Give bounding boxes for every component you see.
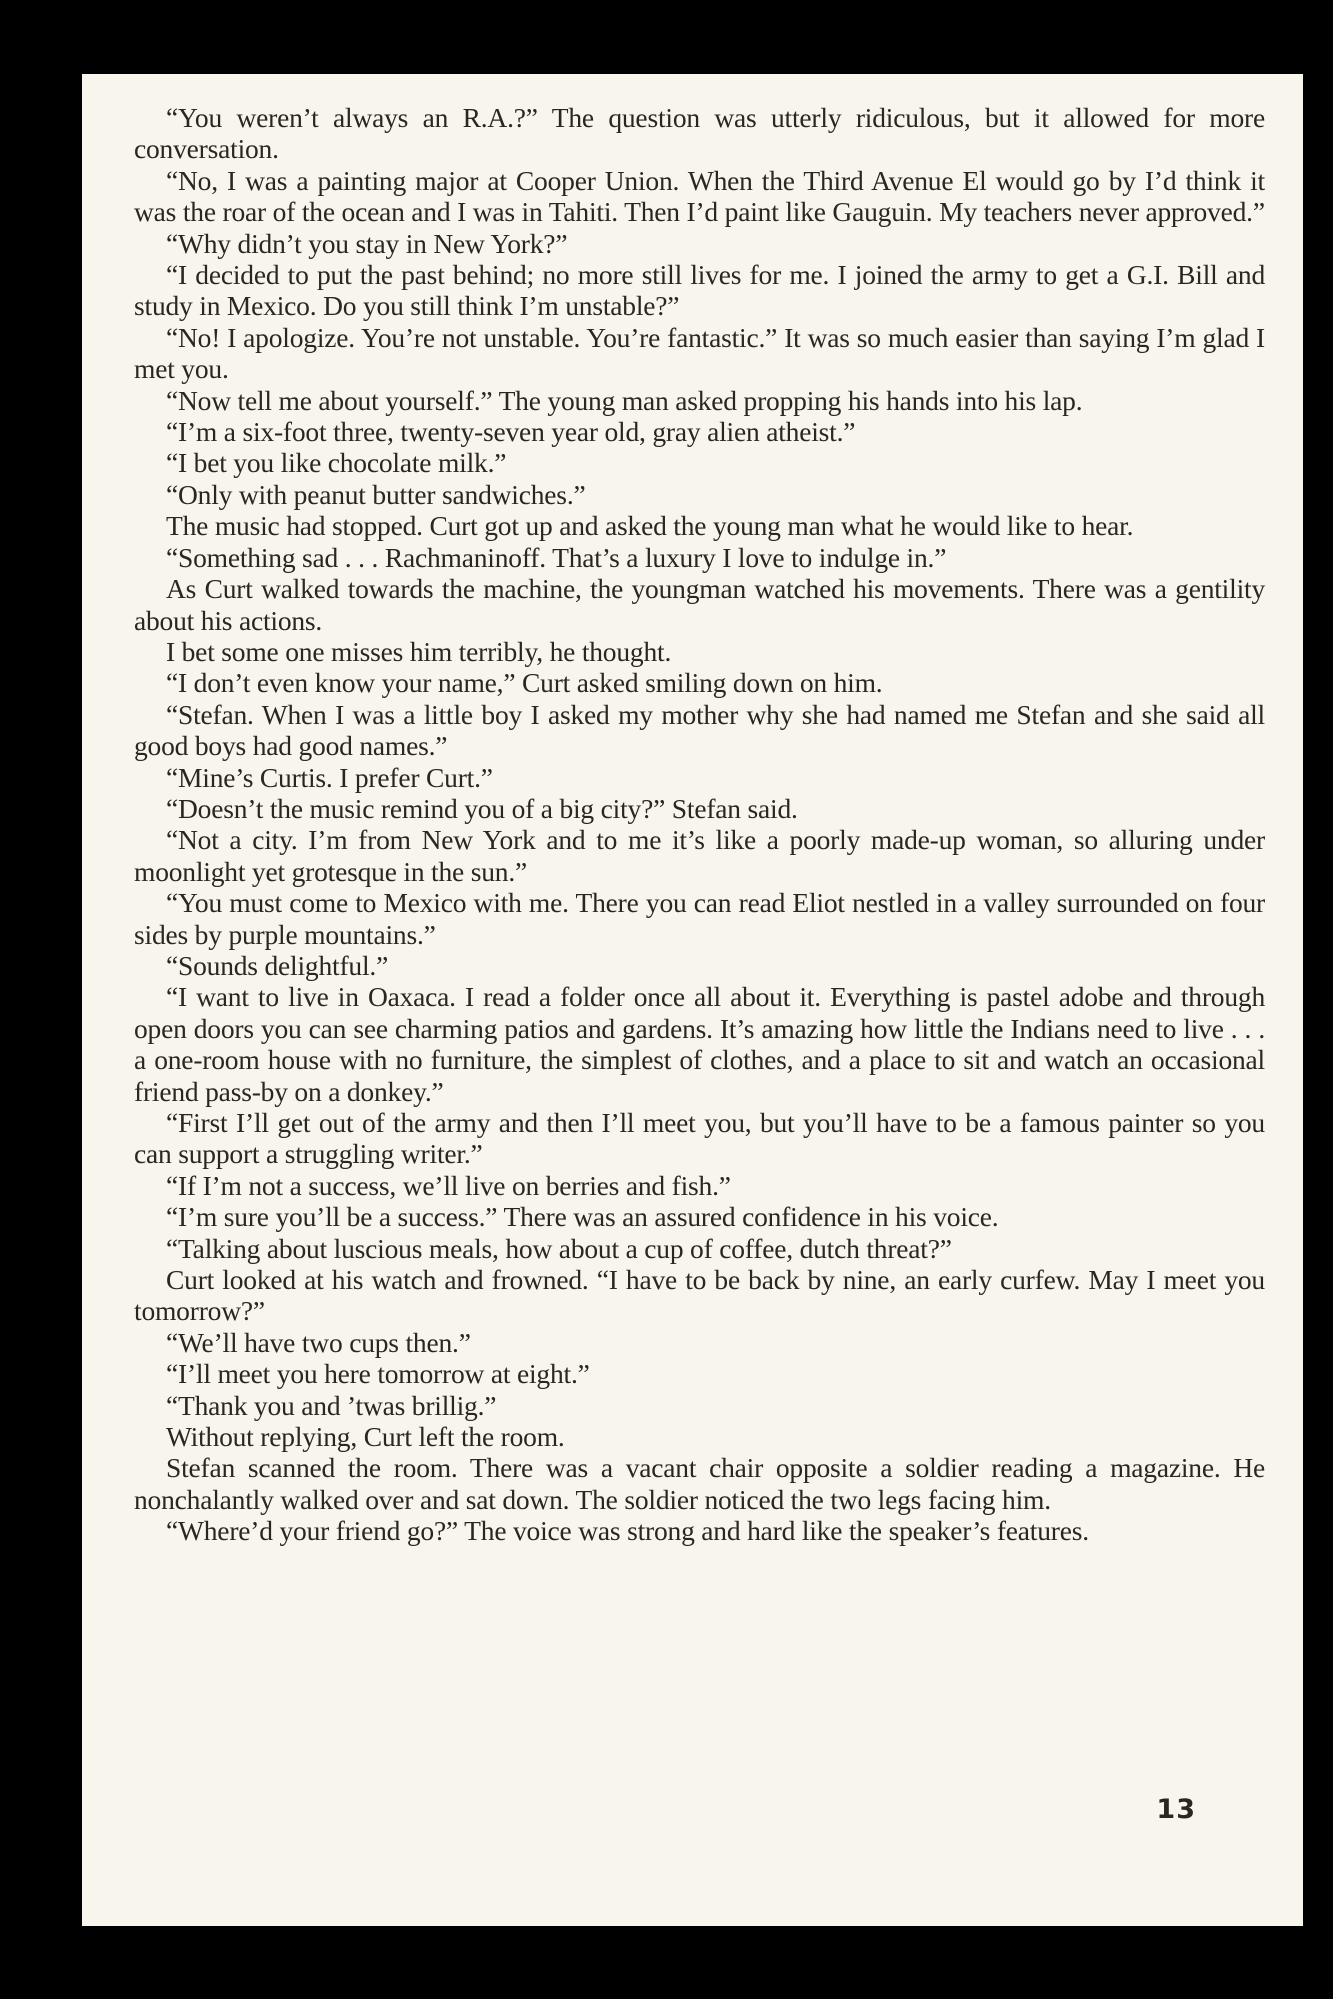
paragraph: “We’ll have two cups then.” xyxy=(134,1327,1265,1358)
paragraph: “I bet you like chocolate milk.” xyxy=(134,447,1265,478)
paragraph: “Stefan. When I was a little boy I asked… xyxy=(134,699,1265,762)
paragraph: “Now tell me about yourself.” The young … xyxy=(134,385,1265,416)
paragraph: “I’m a six-foot three, twenty-seven year… xyxy=(134,416,1265,447)
paragraph: “Mine’s Curtis. I prefer Curt.” xyxy=(134,762,1265,793)
paragraph: Curt looked at his watch and frowned. “I… xyxy=(134,1264,1265,1327)
paragraph: “I don’t even know your name,” Curt aske… xyxy=(134,667,1265,698)
paragraph: “Thank you and ’twas brillig.” xyxy=(134,1390,1265,1421)
paragraph: As Curt walked towards the machine, the … xyxy=(134,573,1265,636)
paragraph: “If I’m not a success, we’ll live on ber… xyxy=(134,1170,1265,1201)
paragraph: “Not a city. I’m from New York and to me… xyxy=(134,824,1265,887)
paragraph: Stefan scanned the room. There was a vac… xyxy=(134,1452,1265,1515)
paragraph: “Doesn’t the music remind you of a big c… xyxy=(134,793,1265,824)
paragraph: “I decided to put the past behind; no mo… xyxy=(134,259,1265,322)
body-text: “You weren’t always an R.A.?” The questi… xyxy=(134,102,1265,1547)
paragraph: “No, I was a painting major at Cooper Un… xyxy=(134,165,1265,228)
paragraph: “You must come to Mexico with me. There … xyxy=(134,887,1265,950)
paragraph: “Why didn’t you stay in New York?” xyxy=(134,228,1265,259)
paragraph: “I want to live in Oaxaca. I read a fold… xyxy=(134,981,1265,1107)
paragraph: “Something sad . . . Rachmaninoff. That’… xyxy=(134,542,1265,573)
paragraph: “You weren’t always an R.A.?” The questi… xyxy=(134,102,1265,165)
paragraph: “Where’d your friend go?” The voice was … xyxy=(134,1515,1265,1546)
page-number: 13 xyxy=(1156,1794,1196,1825)
paragraph: “Only with peanut butter sandwiches.” xyxy=(134,479,1265,510)
paragraph: “I’m sure you’ll be a success.” There wa… xyxy=(134,1201,1265,1232)
book-page: “You weren’t always an R.A.?” The questi… xyxy=(82,74,1303,1926)
paragraph: “First I’ll get out of the army and then… xyxy=(134,1107,1265,1170)
paragraph: Without replying, Curt left the room. xyxy=(134,1421,1265,1452)
paragraph: “Sounds delightful.” xyxy=(134,950,1265,981)
paragraph: “No! I apologize. You’re not unstable. Y… xyxy=(134,322,1265,385)
paragraph: “I’ll meet you here tomorrow at eight.” xyxy=(134,1358,1265,1389)
paragraph: I bet some one misses him terribly, he t… xyxy=(134,636,1265,667)
paragraph: The music had stopped. Curt got up and a… xyxy=(134,510,1265,541)
paragraph: “Talking about luscious meals, how about… xyxy=(134,1233,1265,1264)
